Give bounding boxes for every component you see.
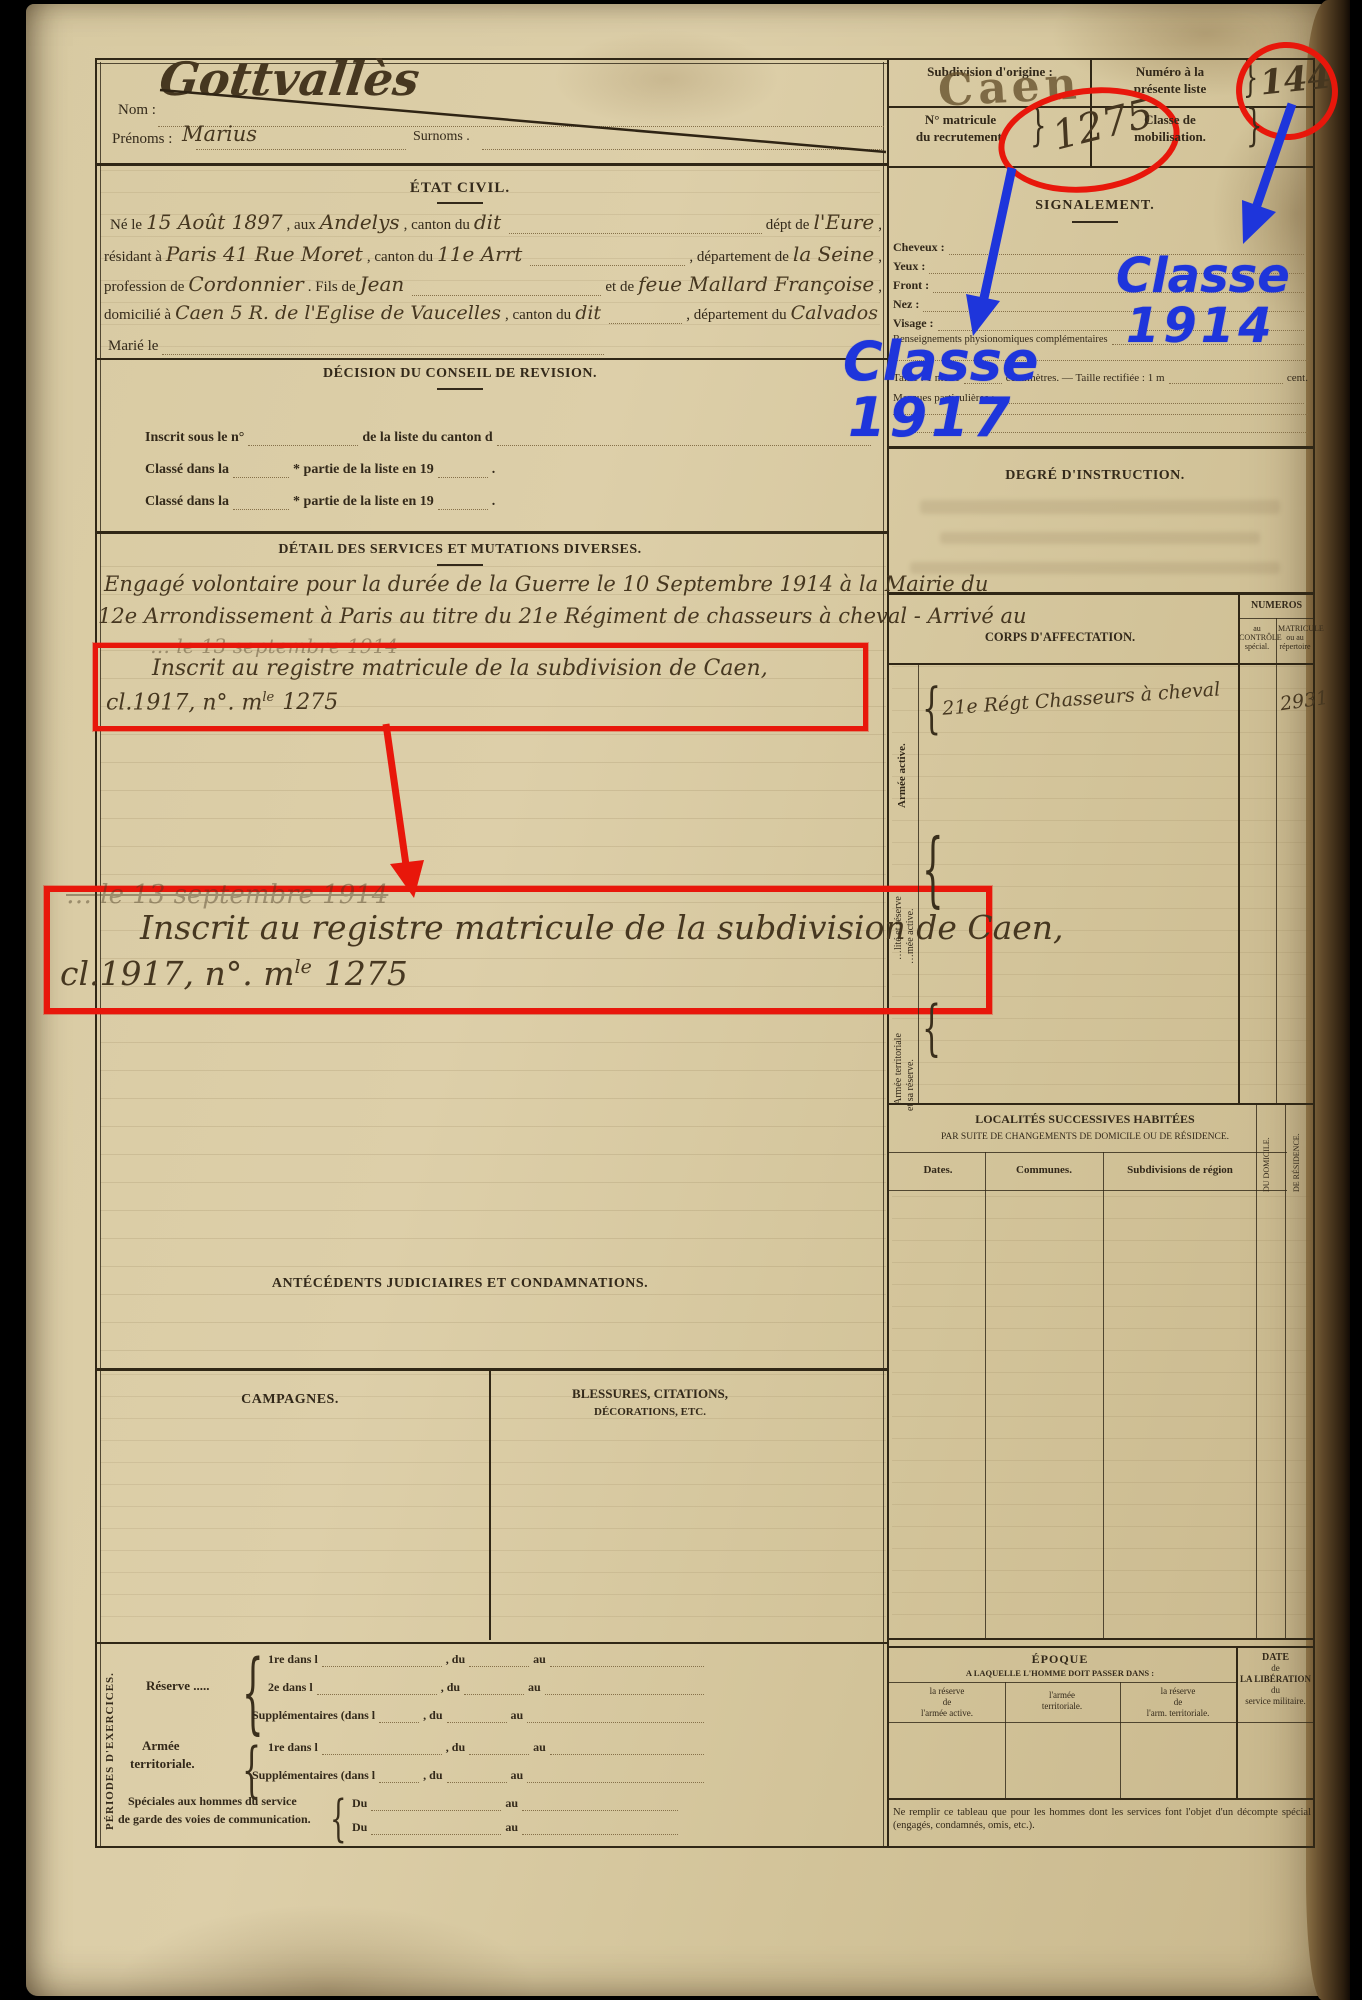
blue-arrow-head-1914 — [1242, 200, 1276, 244]
military-register-scan: Nom : Gottvallès Prénoms : Marius Surnom… — [0, 0, 1362, 2000]
blue-arrow-classe-1917 — [984, 168, 1012, 298]
blue-annotation-classe-1914-year: 1914 — [1126, 298, 1276, 354]
blue-annotation-classe-1917-year: 1917 — [848, 386, 1014, 449]
blue-annotation-classe-1914-word: Classe — [1116, 248, 1290, 304]
blue-annotation-classe-1917-word: Classe — [843, 330, 1039, 393]
blue-arrow-classe-1914 — [1256, 104, 1292, 208]
red-arrow-to-excerpt — [386, 724, 407, 872]
name-strike-line — [160, 90, 886, 152]
red-arrow-head — [390, 860, 424, 898]
